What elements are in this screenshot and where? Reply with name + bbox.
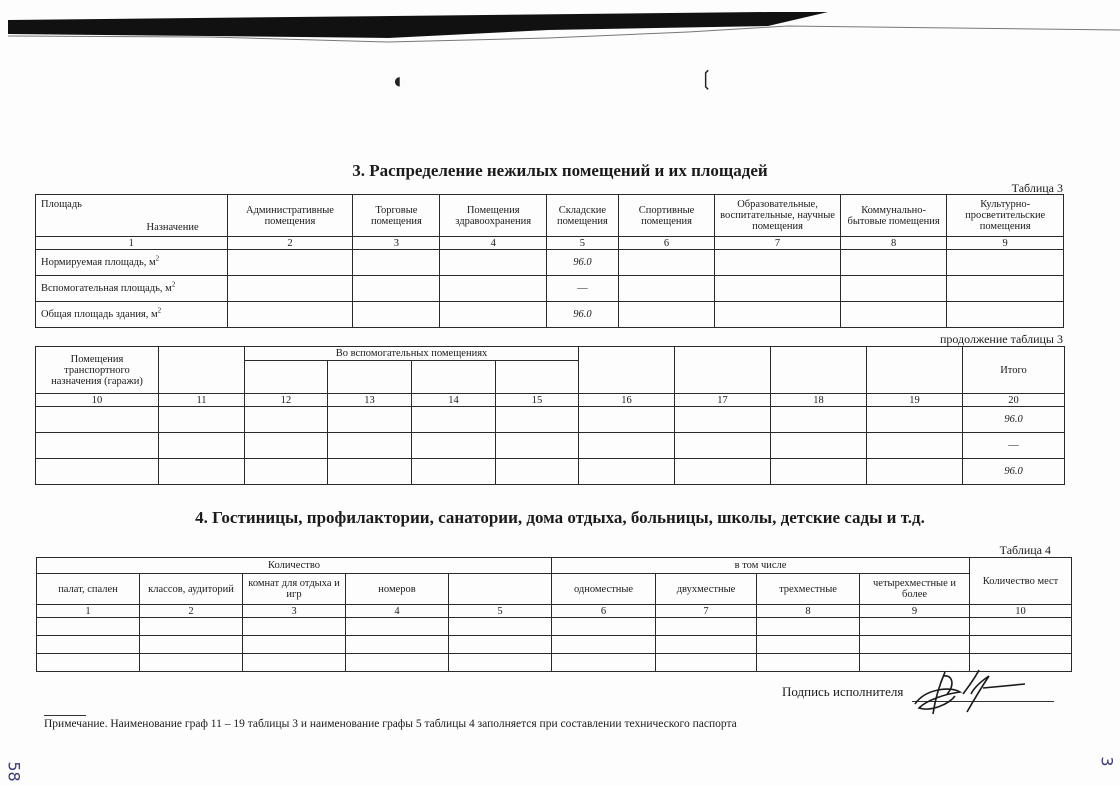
col-header-13 (328, 361, 412, 394)
table-cell (346, 654, 449, 672)
column-number: 3 (353, 237, 440, 250)
col-header-16 (579, 347, 675, 394)
unit-superscript: 2 (158, 307, 162, 315)
section-3-title: 3. Распределение нежилых помещений и их … (0, 161, 1120, 181)
table-cell (140, 654, 243, 672)
table-cell (757, 654, 860, 672)
col-header-14 (412, 361, 496, 394)
table-cell (140, 618, 243, 636)
table-cell: 96.0 (546, 302, 618, 328)
table-cell (449, 618, 552, 636)
column-number: 3 (243, 605, 346, 618)
table-row: Нормируемая площадь, м296.0 (36, 250, 1064, 276)
table-4-caption: Таблица 4 (900, 543, 1051, 558)
col-header: классов, аудиторий (140, 574, 243, 605)
table-cell (656, 636, 757, 654)
table-cell (243, 618, 346, 636)
column-number: 5 (546, 237, 618, 250)
corner-header: Назначение Площадь (36, 195, 228, 237)
column-number: 8 (757, 605, 860, 618)
table-cell (36, 433, 159, 459)
col-header-12 (245, 361, 328, 394)
signature-label: Подпись исполнителя (782, 684, 903, 700)
total-header: Итого (963, 347, 1065, 394)
table-cell (840, 276, 946, 302)
purpose-label: Назначение (147, 222, 199, 233)
col-header: Спортивные помещения (618, 195, 714, 237)
column-number: 6 (618, 237, 714, 250)
table-cell (328, 459, 412, 485)
table-cell (328, 407, 412, 433)
table-cell (36, 459, 159, 485)
column-number: 6 (552, 605, 656, 618)
col-header: Культурно-просветительские помещения (947, 195, 1064, 237)
column-number: 12 (245, 394, 328, 407)
unit-superscript: 2 (156, 255, 160, 263)
table-cell (346, 636, 449, 654)
table-cell (618, 250, 714, 276)
col-header-18 (771, 347, 867, 394)
table-cell (328, 433, 412, 459)
row-label-text: Общая площадь здания, м (41, 309, 158, 320)
table-row: Вспомогательная площадь, м2— (36, 276, 1064, 302)
table-cell (412, 459, 496, 485)
table-cell (757, 636, 860, 654)
table-cell (440, 250, 546, 276)
col-header: палат, спален (37, 574, 140, 605)
table-cell (449, 636, 552, 654)
table-cell: — (546, 276, 618, 302)
handwritten-margin-mark: 3 (1098, 756, 1117, 766)
table-cell (840, 250, 946, 276)
col-header: двухместные (656, 574, 757, 605)
table-cell (37, 654, 140, 672)
column-number: 7 (656, 605, 757, 618)
column-number: 10 (970, 605, 1072, 618)
table-cell (947, 276, 1064, 302)
col-header-15 (496, 361, 579, 394)
table-cell (579, 459, 675, 485)
column-number: 17 (675, 394, 771, 407)
table-cell: 96.0 (963, 459, 1065, 485)
row-label-text: Вспомогательная площадь, м (41, 283, 172, 294)
table-cell (860, 636, 970, 654)
table-cell (353, 302, 440, 328)
column-number: 7 (715, 237, 841, 250)
table-cell (771, 407, 867, 433)
table-cell (618, 302, 714, 328)
table-cell (715, 276, 841, 302)
table-cell (860, 618, 970, 636)
col-header: одноместные (552, 574, 656, 605)
area-label: Площадь (41, 199, 82, 210)
table-cell (970, 636, 1072, 654)
column-number: 11 (159, 394, 245, 407)
column-number: 5 (449, 605, 552, 618)
table-cell (771, 433, 867, 459)
table-cell (496, 459, 579, 485)
col-header-11 (159, 347, 245, 394)
col-header: Помещения здравоохранения (440, 195, 546, 237)
row-label: Общая площадь здания, м2 (36, 302, 228, 328)
table-cell (618, 276, 714, 302)
section-4-title: 4. Гостиницы, профилактории, санатории, … (0, 508, 1120, 528)
column-number: 18 (771, 394, 867, 407)
table-cell (675, 459, 771, 485)
handwritten-signature (905, 664, 1045, 716)
table-cell (353, 276, 440, 302)
table-cell (970, 618, 1072, 636)
table-cell (412, 407, 496, 433)
handwritten-page-number: 58 (5, 761, 24, 781)
row-label: Нормируемая площадь, м2 (36, 250, 228, 276)
column-number: 1 (36, 237, 228, 250)
quantity-group-header: Количество (37, 558, 552, 574)
table-cell (353, 250, 440, 276)
table-cell (227, 276, 353, 302)
table-cell (245, 459, 328, 485)
table-4: Количество в том числе Количество мест п… (36, 557, 1072, 672)
column-number: 10 (36, 394, 159, 407)
table-cell (227, 250, 353, 276)
column-number: 4 (346, 605, 449, 618)
column-number: 1 (37, 605, 140, 618)
column-number: 20 (963, 394, 1065, 407)
row-label: Вспомогательная площадь, м2 (36, 276, 228, 302)
column-number: 15 (496, 394, 579, 407)
col-header: номеров (346, 574, 449, 605)
table-cell (159, 407, 245, 433)
scan-edge-artifact (8, 8, 1120, 50)
table-cell (656, 654, 757, 672)
column-number: 9 (947, 237, 1064, 250)
footnote: Примечание. Наименование граф 11 – 19 та… (44, 718, 737, 730)
table-cell (715, 302, 841, 328)
table-cell (867, 459, 963, 485)
column-number: 16 (579, 394, 675, 407)
col-header (449, 574, 552, 605)
col-header-17 (675, 347, 771, 394)
col-header: четырехместные и более (860, 574, 970, 605)
table-3: Назначение Площадь Административные поме… (35, 194, 1064, 328)
table-row: 96.0 (36, 407, 1065, 433)
col-header: Образовательные, воспитательные, научные… (715, 195, 841, 237)
table-cell (159, 459, 245, 485)
table-row: 96.0 (36, 459, 1065, 485)
column-number: 2 (227, 237, 353, 250)
punch-hole-mark: ◐ (393, 68, 406, 94)
table-row (37, 618, 1072, 636)
table-cell (159, 433, 245, 459)
table-cell (867, 433, 963, 459)
table-3-continuation: Помещения транспортного назначения (гара… (35, 346, 1065, 485)
table-cell (840, 302, 946, 328)
table-cell (449, 654, 552, 672)
table-cell: 96.0 (963, 407, 1065, 433)
table-cell (867, 407, 963, 433)
table-cell (37, 618, 140, 636)
table-cell (412, 433, 496, 459)
seats-header: Количество мест (970, 558, 1072, 605)
col-header-garages: Помещения транспортного назначения (гара… (36, 347, 159, 394)
table-cell (675, 433, 771, 459)
row-label-text: Нормируемая площадь, м (41, 257, 156, 268)
table-cell (245, 407, 328, 433)
table-cell (245, 433, 328, 459)
table-cell (675, 407, 771, 433)
table-cell (771, 459, 867, 485)
column-number: 13 (328, 394, 412, 407)
table-cell (947, 302, 1064, 328)
unit-superscript: 2 (172, 281, 176, 289)
table-cell (496, 407, 579, 433)
col-header: трехместные (757, 574, 860, 605)
col-header: Коммунально-бытовые помещения (840, 195, 946, 237)
table-cell (227, 302, 353, 328)
table-cell (715, 250, 841, 276)
table-cell (947, 250, 1064, 276)
aux-group-header: Во вспомогательных помещениях (245, 347, 579, 361)
table-cell (440, 302, 546, 328)
table-cell (656, 618, 757, 636)
col-header: Административные помещения (227, 195, 353, 237)
table-cell (579, 433, 675, 459)
column-number: 14 (412, 394, 496, 407)
table-cell (243, 654, 346, 672)
table-cell (579, 407, 675, 433)
table-cell (37, 636, 140, 654)
including-group-header: в том числе (552, 558, 970, 574)
table-cell (346, 618, 449, 636)
column-number: 4 (440, 237, 546, 250)
table-cell: 96.0 (546, 250, 618, 276)
table-3-continuation-caption: продолжение таблицы 3 (800, 332, 1063, 347)
column-number: 19 (867, 394, 963, 407)
table-cell: — (963, 433, 1065, 459)
col-header: Торговые помещения (353, 195, 440, 237)
table-cell (36, 407, 159, 433)
table-cell (552, 636, 656, 654)
punch-hole-mark: ❲ (698, 66, 715, 91)
column-number: 2 (140, 605, 243, 618)
footnote-rule (44, 715, 86, 716)
table-row (37, 636, 1072, 654)
table-row: — (36, 433, 1065, 459)
table-cell (757, 618, 860, 636)
col-header-19 (867, 347, 963, 394)
column-number: 8 (840, 237, 946, 250)
table-cell (243, 636, 346, 654)
col-header: комнат для отдыха и игр (243, 574, 346, 605)
table-row: Общая площадь здания, м296.0 (36, 302, 1064, 328)
table-cell (140, 636, 243, 654)
col-header: Складские помещения (546, 195, 618, 237)
table-cell (552, 618, 656, 636)
column-number: 9 (860, 605, 970, 618)
table-cell (552, 654, 656, 672)
table-cell (496, 433, 579, 459)
table-cell (440, 276, 546, 302)
